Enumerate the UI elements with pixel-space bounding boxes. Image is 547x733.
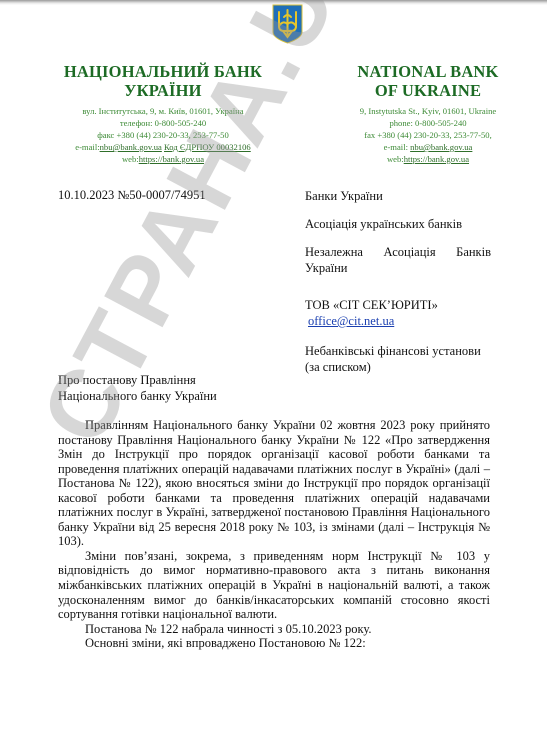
web-line-ua: web:https://bank.gov.ua: [48, 153, 278, 165]
bank-name-en-line2: OF UKRAINE: [318, 81, 538, 100]
trident-coat-of-arms-icon: [272, 4, 303, 44]
email-label-en: e-mail:: [384, 142, 411, 152]
addressee-nonbank-line2: (за списком): [305, 359, 491, 375]
body-paragraph: Основні зміни, які впроваджено Постаново…: [58, 636, 490, 651]
address-ua: вул. Інститутська, 9, м. Київ, 01601, Ук…: [48, 105, 278, 117]
addressee-nonbank: Небанківські фінансові установи (за спис…: [305, 343, 491, 375]
addressee-cit-security: ТОВ «СІТ СЕК’ЮРИТІ» office@cit.net.ua: [305, 297, 491, 329]
addressee-cit-name: ТОВ «СІТ СЕК’ЮРИТІ»: [305, 297, 491, 313]
bank-name-ua-line1: НАЦІОНАЛЬНИЙ БАНК: [48, 62, 278, 81]
addressee-independent-line2: України: [305, 260, 491, 276]
subject-line2: Національного банку України: [58, 388, 217, 404]
letter-subject: Про постанову Правління Національного ба…: [58, 372, 217, 404]
bank-name-ua-line2: УКРАЇНИ: [48, 81, 278, 100]
addressee-association: Асоціація українських банків: [305, 216, 491, 232]
addressee-banks: Банки України: [305, 188, 491, 204]
phone-en: phone: 0-800-505-240: [318, 117, 538, 129]
letter-body: Правлінням Національного банку України 0…: [58, 418, 490, 651]
edrpou-code: Код ЄДРПОУ 00032106: [164, 142, 251, 152]
email-link-ua[interactable]: nbu@bank.gov.ua: [100, 142, 162, 152]
addressee-independent-association: Незалежна Асоціація Банків України: [305, 244, 491, 276]
email-label-ua: e-mail:: [75, 142, 99, 152]
email-link-en[interactable]: nbu@bank.gov.ua: [410, 142, 472, 152]
bank-name-en-line1: NATIONAL BANK: [318, 62, 538, 81]
email-line-ua: e-mail:nbu@bank.gov.ua Код ЄДРПОУ 000321…: [48, 141, 278, 153]
letterhead-ukrainian: НАЦІОНАЛЬНИЙ БАНК УКРАЇНИ вул. Інститутс…: [48, 62, 278, 165]
web-line-en: web:https://bank.gov.ua: [318, 153, 538, 165]
letter-date-number: 10.10.2023 №50-0007/74951: [58, 188, 206, 203]
web-link-ua[interactable]: https://bank.gov.ua: [139, 154, 204, 164]
addressee-cit-email-link[interactable]: office@cit.net.ua: [308, 314, 394, 328]
email-line-en: e-mail: nbu@bank.gov.ua: [318, 141, 538, 153]
fax-ua: факс +380 (44) 230-20-33, 253-77-50: [48, 129, 278, 141]
body-paragraph: Постанова № 122 набрала чинності з 05.10…: [58, 622, 490, 637]
body-paragraph: Правлінням Національного банку України 0…: [58, 418, 490, 549]
addressee-nonbank-line1: Небанківські фінансові установи: [305, 343, 491, 359]
address-en: 9, Instytutska St., Kyiv, 01601, Ukraine: [318, 105, 538, 117]
phone-ua: телефон: 0-800-505-240: [48, 117, 278, 129]
body-paragraph: Зміни пов’язані, зокрема, з приведенням …: [58, 549, 490, 622]
subject-line1: Про постанову Правління: [58, 372, 217, 388]
web-label-ua: web:: [122, 154, 139, 164]
web-link-en[interactable]: https://bank.gov.ua: [404, 154, 469, 164]
fax-en: fax +380 (44) 230-20-33, 253-77-50,: [318, 129, 538, 141]
addressee-independent-line1: Незалежна Асоціація Банків: [305, 244, 491, 260]
web-label-en: web:: [387, 154, 404, 164]
letterhead-english: NATIONAL BANK OF UKRAINE 9, Instytutska …: [318, 62, 538, 165]
